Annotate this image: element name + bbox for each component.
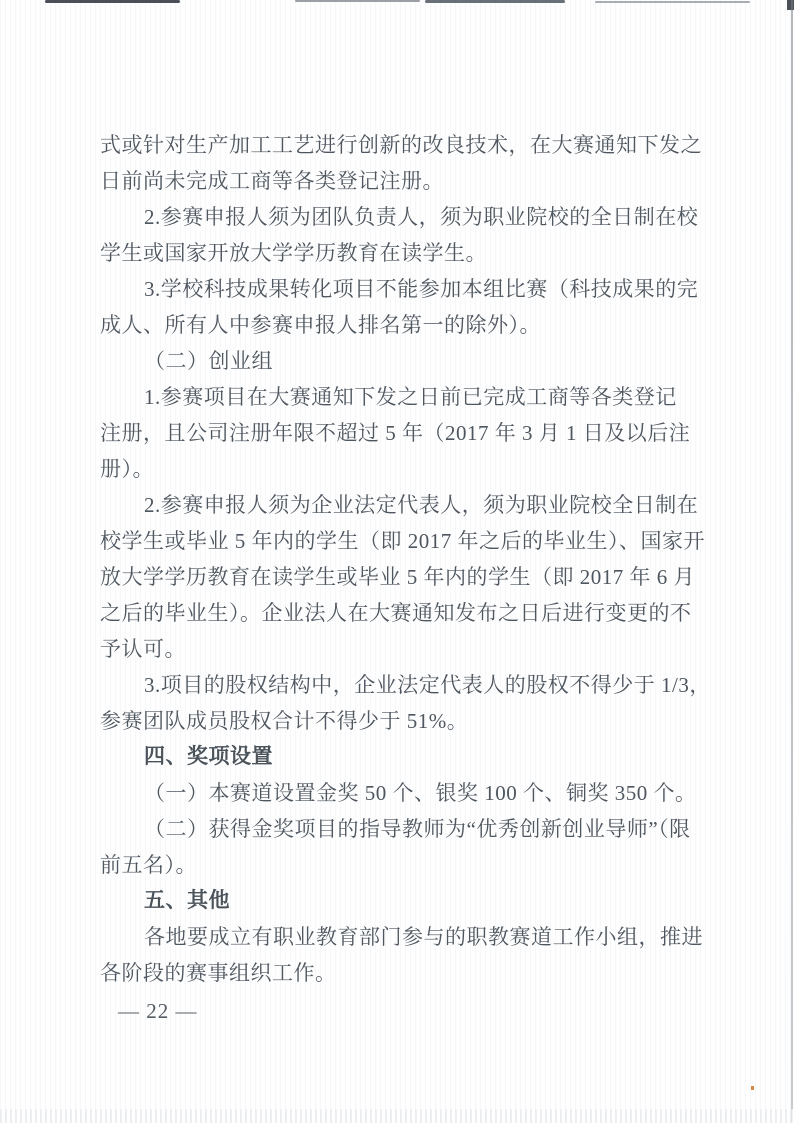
scanned-document-page: 式或针对生产加工工艺进行创新的改良技术，在大赛通知下发之日前尚未完成工商等各类登…: [0, 0, 794, 1123]
text-line: 2.参赛申报人须为企业法定代表人，须为职业院校全日制在: [100, 487, 700, 523]
scan-edge-smudge: [595, 1, 750, 3]
text-line: 1.参赛项目在大赛通知下发之日前已完成工商等各类登记: [100, 379, 700, 415]
text-line: （二）创业组: [100, 343, 700, 379]
page-number: — 22 —: [118, 999, 198, 1024]
document-body: 式或针对生产加工工艺进行创新的改良技术，在大赛通知下发之日前尚未完成工商等各类登…: [100, 127, 700, 991]
text-line: 各地要成立有职业教育部门参与的职教赛道工作小组，推进: [100, 919, 700, 955]
text-line: 成人、所有人中参赛申报人排名第一的除外）。: [100, 307, 700, 343]
text-line: （一）本赛道设置金奖 50 个、银奖 100 个、铜奖 350 个。: [100, 775, 700, 811]
text-line: 3.项目的股权结构中，企业法定代表人的股权不得少于 1/3，: [100, 667, 700, 703]
text-line: 前五名）。: [100, 847, 700, 883]
text-line: 3.学校科技成果转化项目不能参加本组比赛（科技成果的完: [100, 271, 700, 307]
text-line: （二）获得金奖项目的指导教师为“优秀创新创业导师”（限: [100, 811, 700, 847]
text-line: 式或针对生产加工工艺进行创新的改良技术，在大赛通知下发之: [100, 127, 700, 163]
text-line: 放大学学历教育在读学生或毕业 5 年内的学生（即 2017 年 6 月: [100, 559, 700, 595]
text-line: 日前尚未完成工商等各类登记注册。: [100, 163, 700, 199]
scan-edge-smudge: [425, 0, 565, 3]
text-line: 予认可。: [100, 631, 700, 667]
text-line: 校学生或毕业 5 年内的学生（即 2017 年之后的毕业生）、国家开: [100, 523, 700, 559]
text-line: 注册，且公司注册年限不超过 5 年（2017 年 3 月 1 日及以后注: [100, 415, 700, 451]
text-line: 2.参赛申报人须为团队负责人，须为职业院校的全日制在校: [100, 199, 700, 235]
text-line: 学生或国家开放大学学历教育在读学生。: [100, 235, 700, 271]
text-line: 各阶段的赛事组织工作。: [100, 955, 700, 991]
scan-dust-speck: [751, 1086, 754, 1090]
scan-right-edge-line: [791, 0, 793, 1123]
scan-edge-smudge: [295, 0, 420, 2]
text-line: 之后的毕业生）。企业法人在大赛通知发布之日后进行变更的不: [100, 595, 700, 631]
text-line: 参赛团队成员股权合计不得少于 51%。: [100, 703, 700, 739]
text-line: 册）。: [100, 451, 700, 487]
scan-edge-smudge: [45, 0, 180, 3]
section-heading: 五、其他: [100, 883, 700, 919]
section-heading: 四、奖项设置: [100, 739, 700, 775]
scan-bottom-stripes: [0, 1109, 794, 1123]
